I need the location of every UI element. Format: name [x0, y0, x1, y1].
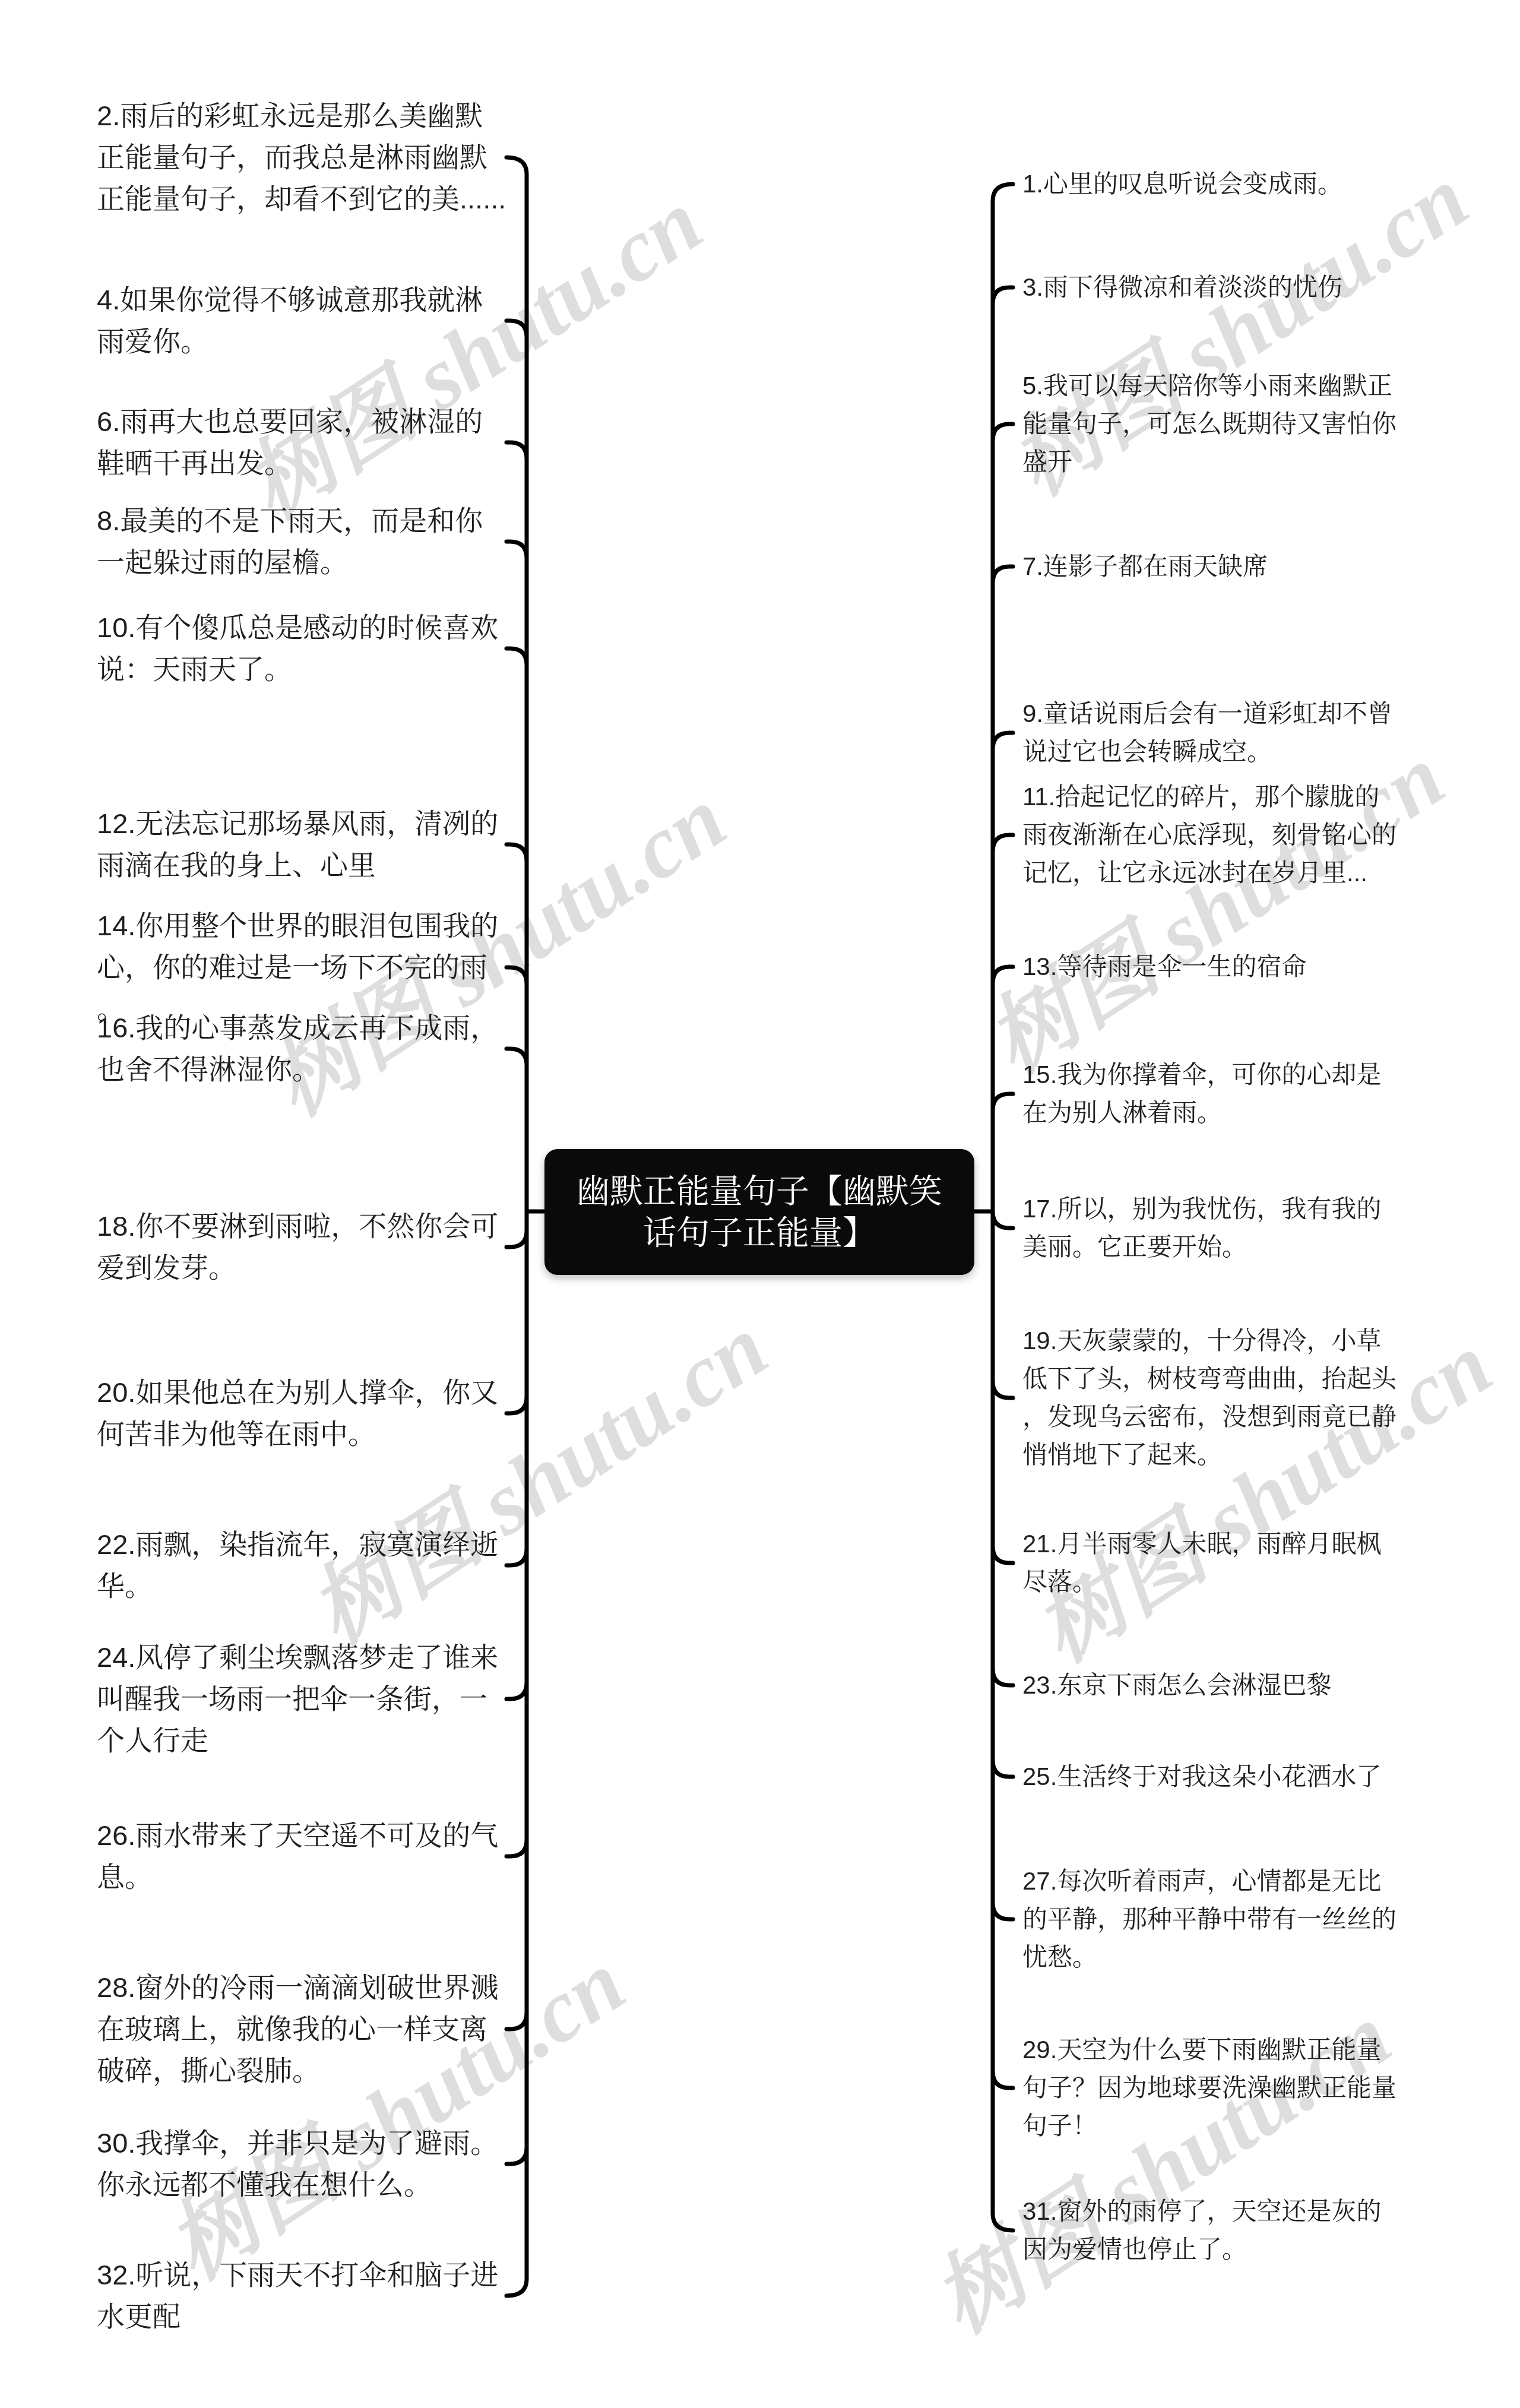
branch-item[interactable]: 17.所以，别为我忧伤，我有我的美丽。它正要开始。: [1022, 1190, 1402, 1266]
branch-item[interactable]: 4.如果你觉得不够诚意那我就淋雨爱你。: [97, 279, 506, 362]
branch-item[interactable]: 7.连影子都在雨天缺席: [1022, 548, 1402, 586]
branch-item[interactable]: 5.我可以每天陪你等小雨来幽默正能量句子，可怎么既期待又害怕你盛开: [1022, 367, 1402, 481]
branch-item[interactable]: 11.拾起记忆的碎片，那个朦胧的雨夜渐渐在心底浮现，刻骨铭心的记忆，让它永远冰封…: [1022, 778, 1402, 892]
central-topic-node[interactable]: 幽默正能量句子【幽默笑话句子正能量】: [544, 1149, 974, 1275]
branch-item[interactable]: 27.每次听着雨声，心情都是无比的平静，那种平静中带有一丝丝的忧愁。: [1022, 1862, 1402, 1976]
branch-item[interactable]: 30.我撑伞，并非只是为了避雨。你永远都不懂我在想什么。: [97, 2122, 506, 2206]
branch-item[interactable]: 32.听说，下雨天不打伞和脑子进水更配: [97, 2254, 506, 2337]
branch-item[interactable]: 29.天空为什么要下雨幽默正能量句子？因为地球要洗澡幽默正能量句子！: [1022, 2031, 1402, 2145]
branch-item[interactable]: 9.童话说雨后会有一道彩虹却不曾说过它也会转瞬成空。: [1022, 695, 1402, 771]
branch-item[interactable]: 19.天灰蒙蒙的，十分得冷，小草低下了头，树枝弯弯曲曲，抬起头，发现乌云密布，没…: [1022, 1322, 1402, 1474]
branch-item[interactable]: 15.我为你撑着伞，可你的心却是在为别人淋着雨。: [1022, 1056, 1402, 1132]
branch-item[interactable]: 18.你不要淋到雨啦，不然你会可爱到发芽。: [97, 1205, 506, 1289]
branch-item[interactable]: 22.雨飘，染指流年，寂寞演绎逝华。: [97, 1524, 506, 1607]
branch-item[interactable]: 10.有个傻瓜总是感动的时候喜欢说：天雨天了。: [97, 607, 506, 690]
branch-item[interactable]: 20.如果他总在为别人撑伞，你又何苦非为他等在雨中。: [97, 1372, 506, 1455]
branch-item[interactable]: 8.最美的不是下雨天，而是和你一起躲过雨的屋檐。: [97, 500, 506, 583]
branch-item[interactable]: 2.雨后的彩虹永远是那么美幽默正能量句子，而我总是淋雨幽默正能量句子，却看不到它…: [97, 95, 506, 220]
branch-item[interactable]: 3.雨下得微凉和着淡淡的忧伤: [1022, 268, 1402, 306]
branch-item[interactable]: 23.东京下雨怎么会淋湿巴黎: [1022, 1666, 1402, 1704]
branch-item[interactable]: 1.心里的叹息听说会变成雨。: [1022, 165, 1402, 203]
branch-connector: [506, 157, 544, 2296]
branch-item[interactable]: 6.雨再大也总要回家，被淋湿的鞋晒干再出发。: [97, 401, 506, 484]
branch-item[interactable]: 25.生活终于对我这朵小花洒水了: [1022, 1758, 1402, 1796]
branch-connector: [974, 184, 1013, 2230]
branch-item[interactable]: 26.雨水带来了天空遥不可及的气息。: [97, 1815, 506, 1898]
branch-item[interactable]: 16.我的心事蒸发成云再下成雨，也舍不得淋湿你。: [97, 1007, 506, 1090]
central-topic-label: 幽默正能量句子【幽默笑话句子正能量】: [569, 1170, 949, 1254]
branch-item[interactable]: 13.等待雨是伞一生的宿命: [1022, 948, 1402, 986]
mindmap-canvas: 幽默正能量句子【幽默笑话句子正能量】 树图 shutu.cn树图 shutu.c…: [0, 0, 1520, 2408]
branch-item[interactable]: 21.月半雨零人未眠，雨醉月眠枫尽落。: [1022, 1525, 1402, 1601]
branch-item[interactable]: 28.窗外的冷雨一滴滴划破世界溅在玻璃上，就像我的心一样支离破碎，撕心裂肺。: [97, 1967, 506, 2091]
branch-item[interactable]: 31.窗外的雨停了，天空还是灰的因为爱情也停止了。: [1022, 2192, 1402, 2268]
branch-item[interactable]: 24.风停了剩尘埃飘落梦走了谁来叫醒我一场雨一把伞一条街，一个人行走: [97, 1637, 506, 1761]
branch-item[interactable]: 12.无法忘记那场暴风雨，清冽的雨滴在我的身上、心里: [97, 803, 506, 886]
